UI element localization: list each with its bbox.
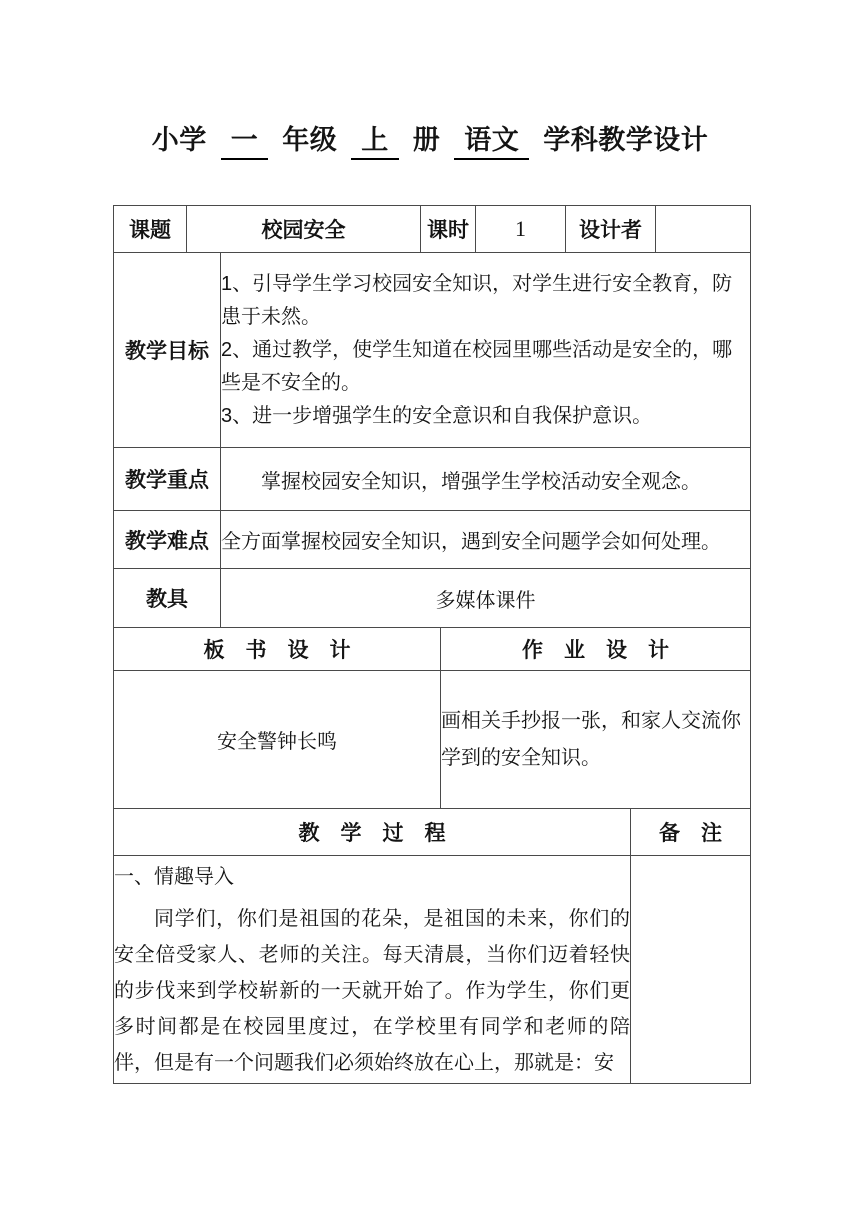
title-subject-blank: 语文 [454, 118, 529, 160]
objective-item: 3、进一步增强学生的安全意识和自我保护意识。 [221, 400, 750, 433]
lesson-plan-table: 课题 校园安全 课时 1 设计者 教学目标 1、引导学生学习校园安全知识，对学生… [113, 205, 751, 1084]
row-design-content: 安全警钟长鸣 画相关手抄报一张，和家人交流你学到的安全知识。 [114, 671, 751, 809]
row-teaching-aids: 教具 多媒体课件 [114, 569, 751, 628]
row-objectives: 教学目标 1、引导学生学习校园安全知识，对学生进行安全教育，防患于未然。 2、通… [114, 253, 751, 448]
row-topic: 课题 校园安全 课时 1 设计者 [114, 206, 751, 253]
designer-value-cell [656, 206, 751, 253]
document-page: 小学 一 年级 上 册 语文 学科教学设计 课题 校园安全 课时 1 设计者 [0, 0, 860, 1216]
row-difficulties: 教学难点 全方面掌握校园安全知识，遇到安全问题学会如何处理。 [114, 511, 751, 569]
row-design-headers: 板 书 设 计 作 业 设 计 [114, 628, 751, 671]
aids-content-cell: 多媒体课件 [221, 569, 751, 628]
row-process-headers: 教 学 过 程 备 注 [114, 809, 751, 856]
title-grade-blank: 一 [221, 118, 269, 160]
hours-label-cell: 课时 [421, 206, 476, 253]
process-section-title: 一、情趣导入 [114, 859, 630, 895]
objective-item: 2、通过教学，使学生知道在校园里哪些活动是安全的，哪些是不安全的。 [221, 334, 750, 400]
board-design-header-cell: 板 书 设 计 [114, 628, 441, 671]
title-volume-blank: 上 [351, 118, 399, 160]
row-process-content: 一、情趣导入 同学们，你们是祖国的花朵，是祖国的未来，你们的安全倍受家人、老师的… [114, 856, 751, 1084]
topic-value-cell: 校园安全 [187, 206, 421, 253]
teaching-process-header-cell: 教 学 过 程 [114, 809, 631, 856]
designer-label-cell: 设计者 [566, 206, 656, 253]
row-key-points: 教学重点 掌握校园安全知识，增强学生学校活动安全观念。 [114, 448, 751, 511]
homework-design-header-cell: 作 业 设 计 [441, 628, 751, 671]
objectives-content-cell: 1、引导学生学习校园安全知识，对学生进行安全教育，防患于未然。 2、通过教学，使… [221, 253, 751, 448]
topic-label-cell: 课题 [114, 206, 187, 253]
notes-header-cell: 备 注 [631, 809, 751, 856]
process-paragraph: 同学们，你们是祖国的花朵，是祖国的未来，你们的安全倍受家人、老师的关注。每天清晨… [114, 901, 630, 1081]
teaching-process-content-cell: 一、情趣导入 同学们，你们是祖国的花朵，是祖国的未来，你们的安全倍受家人、老师的… [114, 856, 631, 1084]
title-suffix: 学科教学设计 [543, 118, 708, 157]
key-points-label-cell: 教学重点 [114, 448, 221, 511]
hours-value-cell: 1 [476, 206, 566, 253]
difficulties-label-cell: 教学难点 [114, 511, 221, 569]
objectives-label-cell: 教学目标 [114, 253, 221, 448]
title-grade-suffix: 年级 [282, 118, 337, 157]
objective-item: 1、引导学生学习校园安全知识，对学生进行安全教育，防患于未然。 [221, 268, 750, 334]
difficulties-content-cell: 全方面掌握校园安全知识，遇到安全问题学会如何处理。 [221, 511, 751, 569]
aids-label-cell: 教具 [114, 569, 221, 628]
homework-design-content-cell: 画相关手抄报一张，和家人交流你学到的安全知识。 [441, 671, 751, 809]
notes-content-cell [631, 856, 751, 1084]
document-title: 小学 一 年级 上 册 语文 学科教学设计 [0, 118, 860, 160]
title-volume-suffix: 册 [413, 118, 441, 157]
board-design-content-cell: 安全警钟长鸣 [114, 671, 441, 809]
key-points-content-cell: 掌握校园安全知识，增强学生学校活动安全观念。 [221, 448, 751, 511]
title-prefix: 小学 [152, 118, 207, 157]
